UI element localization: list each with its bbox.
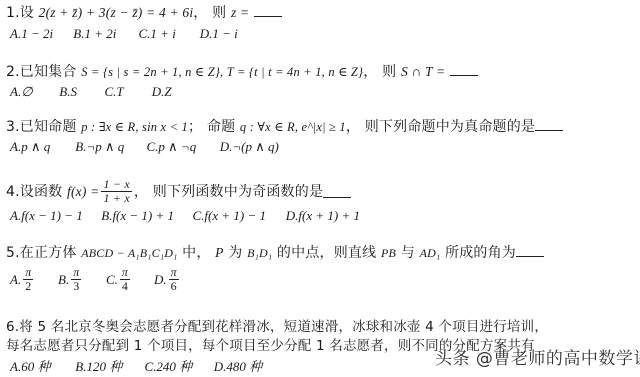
- question-number: 1.: [6, 5, 20, 21]
- option-d: D. π6: [154, 266, 181, 293]
- option-b: B. π3: [58, 266, 106, 293]
- option-c: C. π4: [106, 266, 154, 293]
- fraction: 1 − x 1 + x: [101, 178, 131, 205]
- answer-blank: [516, 244, 544, 257]
- option-a: A. π2: [10, 266, 58, 293]
- option-c: C.T: [105, 84, 149, 100]
- answer-blank: [323, 185, 351, 198]
- question-number: 5.: [6, 245, 20, 261]
- proposition-p: p : ∃x ∈ R, sin x < 1: [81, 120, 188, 134]
- question-2-options: A.∅ B.S C.T D.Z: [10, 84, 172, 100]
- option-c: C.240 种: [145, 356, 211, 375]
- option-a: A.60 种: [10, 356, 72, 375]
- option-a: A.p ∧ q: [10, 139, 72, 155]
- option-d: D.1 − i: [200, 26, 238, 42]
- option-c: C.p ∧ ¬q: [147, 139, 217, 155]
- option-c: C.1 + i: [139, 26, 197, 42]
- question-number: 3.: [6, 119, 20, 135]
- answer-blank: [535, 118, 563, 131]
- option-b: B.1 + 2i: [73, 26, 135, 42]
- question-number: 6.: [6, 319, 19, 335]
- question-1-options: A.1 − 2i B.1 + 2i C.1 + i D.1 − i: [10, 26, 238, 42]
- option-b: B.120 种: [75, 356, 141, 375]
- question-6-stem-line1: 6.将 5 名北京冬奥会志愿者分配到花样滑冰，短道速滑，冰球和冰壶 4 个项目进…: [6, 318, 548, 336]
- equation: 2(z + z̄) + 3(z − z̄) = 4 + 6i: [39, 5, 194, 20]
- option-d: D.480 种: [214, 356, 262, 375]
- option-a: A.∅: [10, 84, 56, 100]
- question-number: 2.: [6, 64, 20, 80]
- option-d: D.f(x + 1) + 1: [286, 208, 360, 224]
- question-2-stem: 2.已知集合 S = {s | s = 2n + 1, n ∈ Z}, T = …: [6, 63, 478, 81]
- question-4-stem: 4.设函数 f(x) = 1 − x 1 + x ， 则下列函数中为奇函数的是: [6, 178, 351, 205]
- question-5-options: A. π2 B. π3 C. π4 D. π6: [10, 266, 181, 293]
- question-number: 4.: [6, 183, 20, 201]
- answer-blank: [254, 4, 282, 17]
- answer-blank: [450, 63, 478, 76]
- option-a: A.f(x − 1) − 1: [10, 208, 98, 224]
- question-4-options: A.f(x − 1) − 1 B.f(x − 1) + 1 C.f(x + 1)…: [10, 208, 360, 224]
- option-b: B.S: [59, 84, 101, 100]
- set-definition: S = {s | s = 2n + 1, n ∈ Z}, T = {t | t …: [81, 65, 363, 79]
- question-3-stem: 3.已知命题 p : ∃x ∈ R, sin x < 1； 命题 q : ∀x …: [6, 118, 563, 136]
- option-b: B.f(x − 1) + 1: [101, 208, 189, 224]
- question-3-options: A.p ∧ q B.¬p ∧ q C.p ∧ ¬q D.¬(p ∧ q): [10, 139, 279, 155]
- option-d: D.¬(p ∧ q): [220, 139, 279, 155]
- option-c: C.f(x + 1) − 1: [193, 208, 283, 224]
- cube-name: ABCD − A₁B₁C₁D₁: [81, 246, 177, 260]
- question-1-stem: 1.设 2(z + z̄) + 3(z − z̄) = 4 + 6i， 则 z …: [6, 4, 282, 22]
- option-b: B.¬p ∧ q: [75, 139, 143, 155]
- option-a: A.1 − 2i: [10, 26, 70, 42]
- watermark: 头条 @曹老师的高中数学课: [435, 344, 640, 369]
- question-6-options: A.60 种 B.120 种 C.240 种 D.480 种: [10, 356, 262, 375]
- proposition-q: q : ∀x ∈ R, e^|x| ≥ 1: [240, 120, 346, 134]
- option-d: D.Z: [152, 84, 172, 100]
- question-5-stem: 5.在正方体 ABCD − A₁B₁C₁D₁ 中， P 为 B₁D₁ 的中点，则…: [6, 244, 544, 262]
